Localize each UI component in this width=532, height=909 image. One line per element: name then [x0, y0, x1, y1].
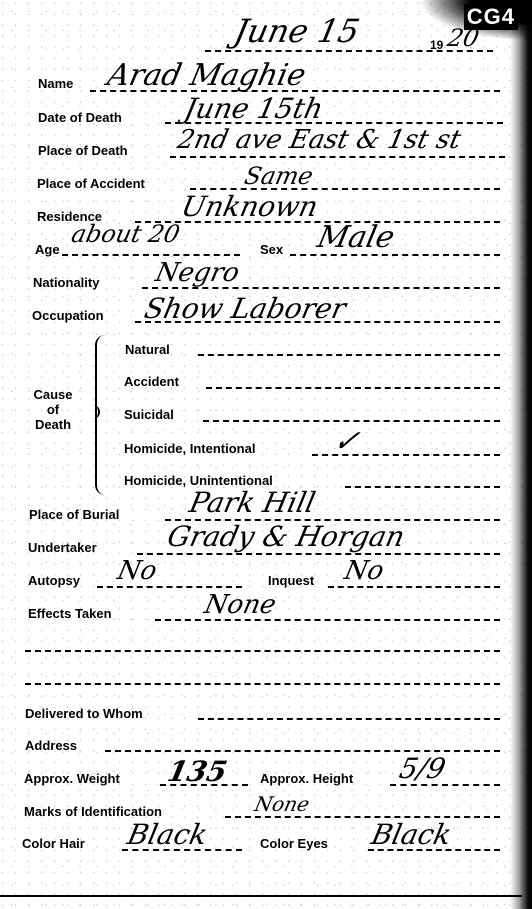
occupation-label: Occupation: [32, 308, 104, 323]
inquest-line[interactable]: [328, 586, 500, 588]
year-suffix: 20: [445, 24, 481, 52]
autopsy-value: No: [115, 556, 160, 586]
bottom-rule: [0, 895, 522, 897]
cause-label-line3: Death: [28, 417, 78, 432]
name-value: Arad Maghie: [104, 58, 309, 93]
inquest-value: No: [342, 556, 387, 586]
age-label: Age: [35, 242, 60, 257]
place-of-burial-value: Park Hill: [186, 486, 318, 519]
weight-value: 135: [164, 755, 229, 788]
marks-label: Marks of Identification: [24, 804, 162, 819]
year-prefix: 19: [430, 38, 443, 52]
place-of-death-line[interactable]: [170, 156, 505, 158]
place-of-accident-value: Same: [242, 162, 316, 190]
date-of-death-label: Date of Death: [38, 110, 122, 125]
place-of-accident-label: Place of Accident: [37, 176, 145, 191]
header-date: June 15: [231, 12, 363, 50]
cause-suicidal-line[interactable]: [203, 420, 500, 422]
cause-label-line1: Cause: [28, 387, 78, 402]
height-value: 5/9: [396, 752, 448, 785]
date-of-death-value: June 15th: [181, 92, 326, 125]
undertaker-label: Undertaker: [28, 540, 97, 555]
occupation-value: Show Laborer: [141, 292, 348, 325]
place-of-burial-label: Place of Burial: [29, 507, 119, 522]
inquest-label: Inquest: [268, 573, 314, 588]
cause-accident-label: Accident: [124, 374, 179, 389]
hair-label: Color Hair: [22, 836, 85, 851]
undertaker-value: Grady & Horgan: [164, 520, 407, 553]
height-label: Approx. Height: [260, 771, 353, 786]
marks-value: None: [252, 792, 311, 816]
eyes-label: Color Eyes: [260, 836, 328, 851]
sex-label: Sex: [260, 242, 283, 257]
cause-suicidal-label: Suicidal: [124, 407, 174, 422]
nationality-label: Nationality: [33, 275, 99, 290]
place-of-death-value: 2nd ave East & 1st st: [175, 125, 464, 155]
autopsy-label: Autopsy: [28, 573, 80, 588]
address-label: Address: [25, 738, 77, 753]
weight-label: Approx. Weight: [24, 771, 120, 786]
age-line[interactable]: [62, 254, 240, 256]
blank-line-1[interactable]: [25, 650, 500, 652]
cause-natural-line[interactable]: [198, 354, 500, 356]
place-of-death-label: Place of Death: [38, 143, 128, 158]
cause-homicide-intentional-label: Homicide, Intentional: [124, 441, 255, 456]
delivered-to-whom-line[interactable]: [198, 718, 500, 720]
delivered-to-whom-label: Delivered to Whom: [25, 706, 143, 721]
nationality-value: Negro: [153, 258, 242, 288]
sex-value: Male: [314, 220, 397, 255]
scan-edge-shadow: [510, 0, 532, 909]
cause-label-line2: of: [28, 402, 78, 417]
cause-accident-line[interactable]: [206, 387, 500, 389]
undertaker-line[interactable]: [137, 553, 500, 555]
residence-value: Unknown: [178, 190, 321, 223]
marks-line[interactable]: [225, 816, 500, 818]
eyes-value: Black: [368, 818, 454, 851]
blank-line-2[interactable]: [25, 683, 500, 685]
hair-value: Black: [124, 818, 210, 851]
cause-natural-label: Natural: [125, 342, 170, 357]
effects-taken-value: None: [202, 590, 279, 620]
autopsy-line[interactable]: [97, 586, 242, 588]
effects-taken-label: Effects Taken: [28, 606, 112, 621]
cause-homicide-unintentional-line[interactable]: [345, 486, 500, 488]
age-value: about 20: [69, 220, 182, 248]
name-label: Name: [38, 76, 73, 91]
cause-of-death-label: Cause of Death: [28, 387, 78, 432]
